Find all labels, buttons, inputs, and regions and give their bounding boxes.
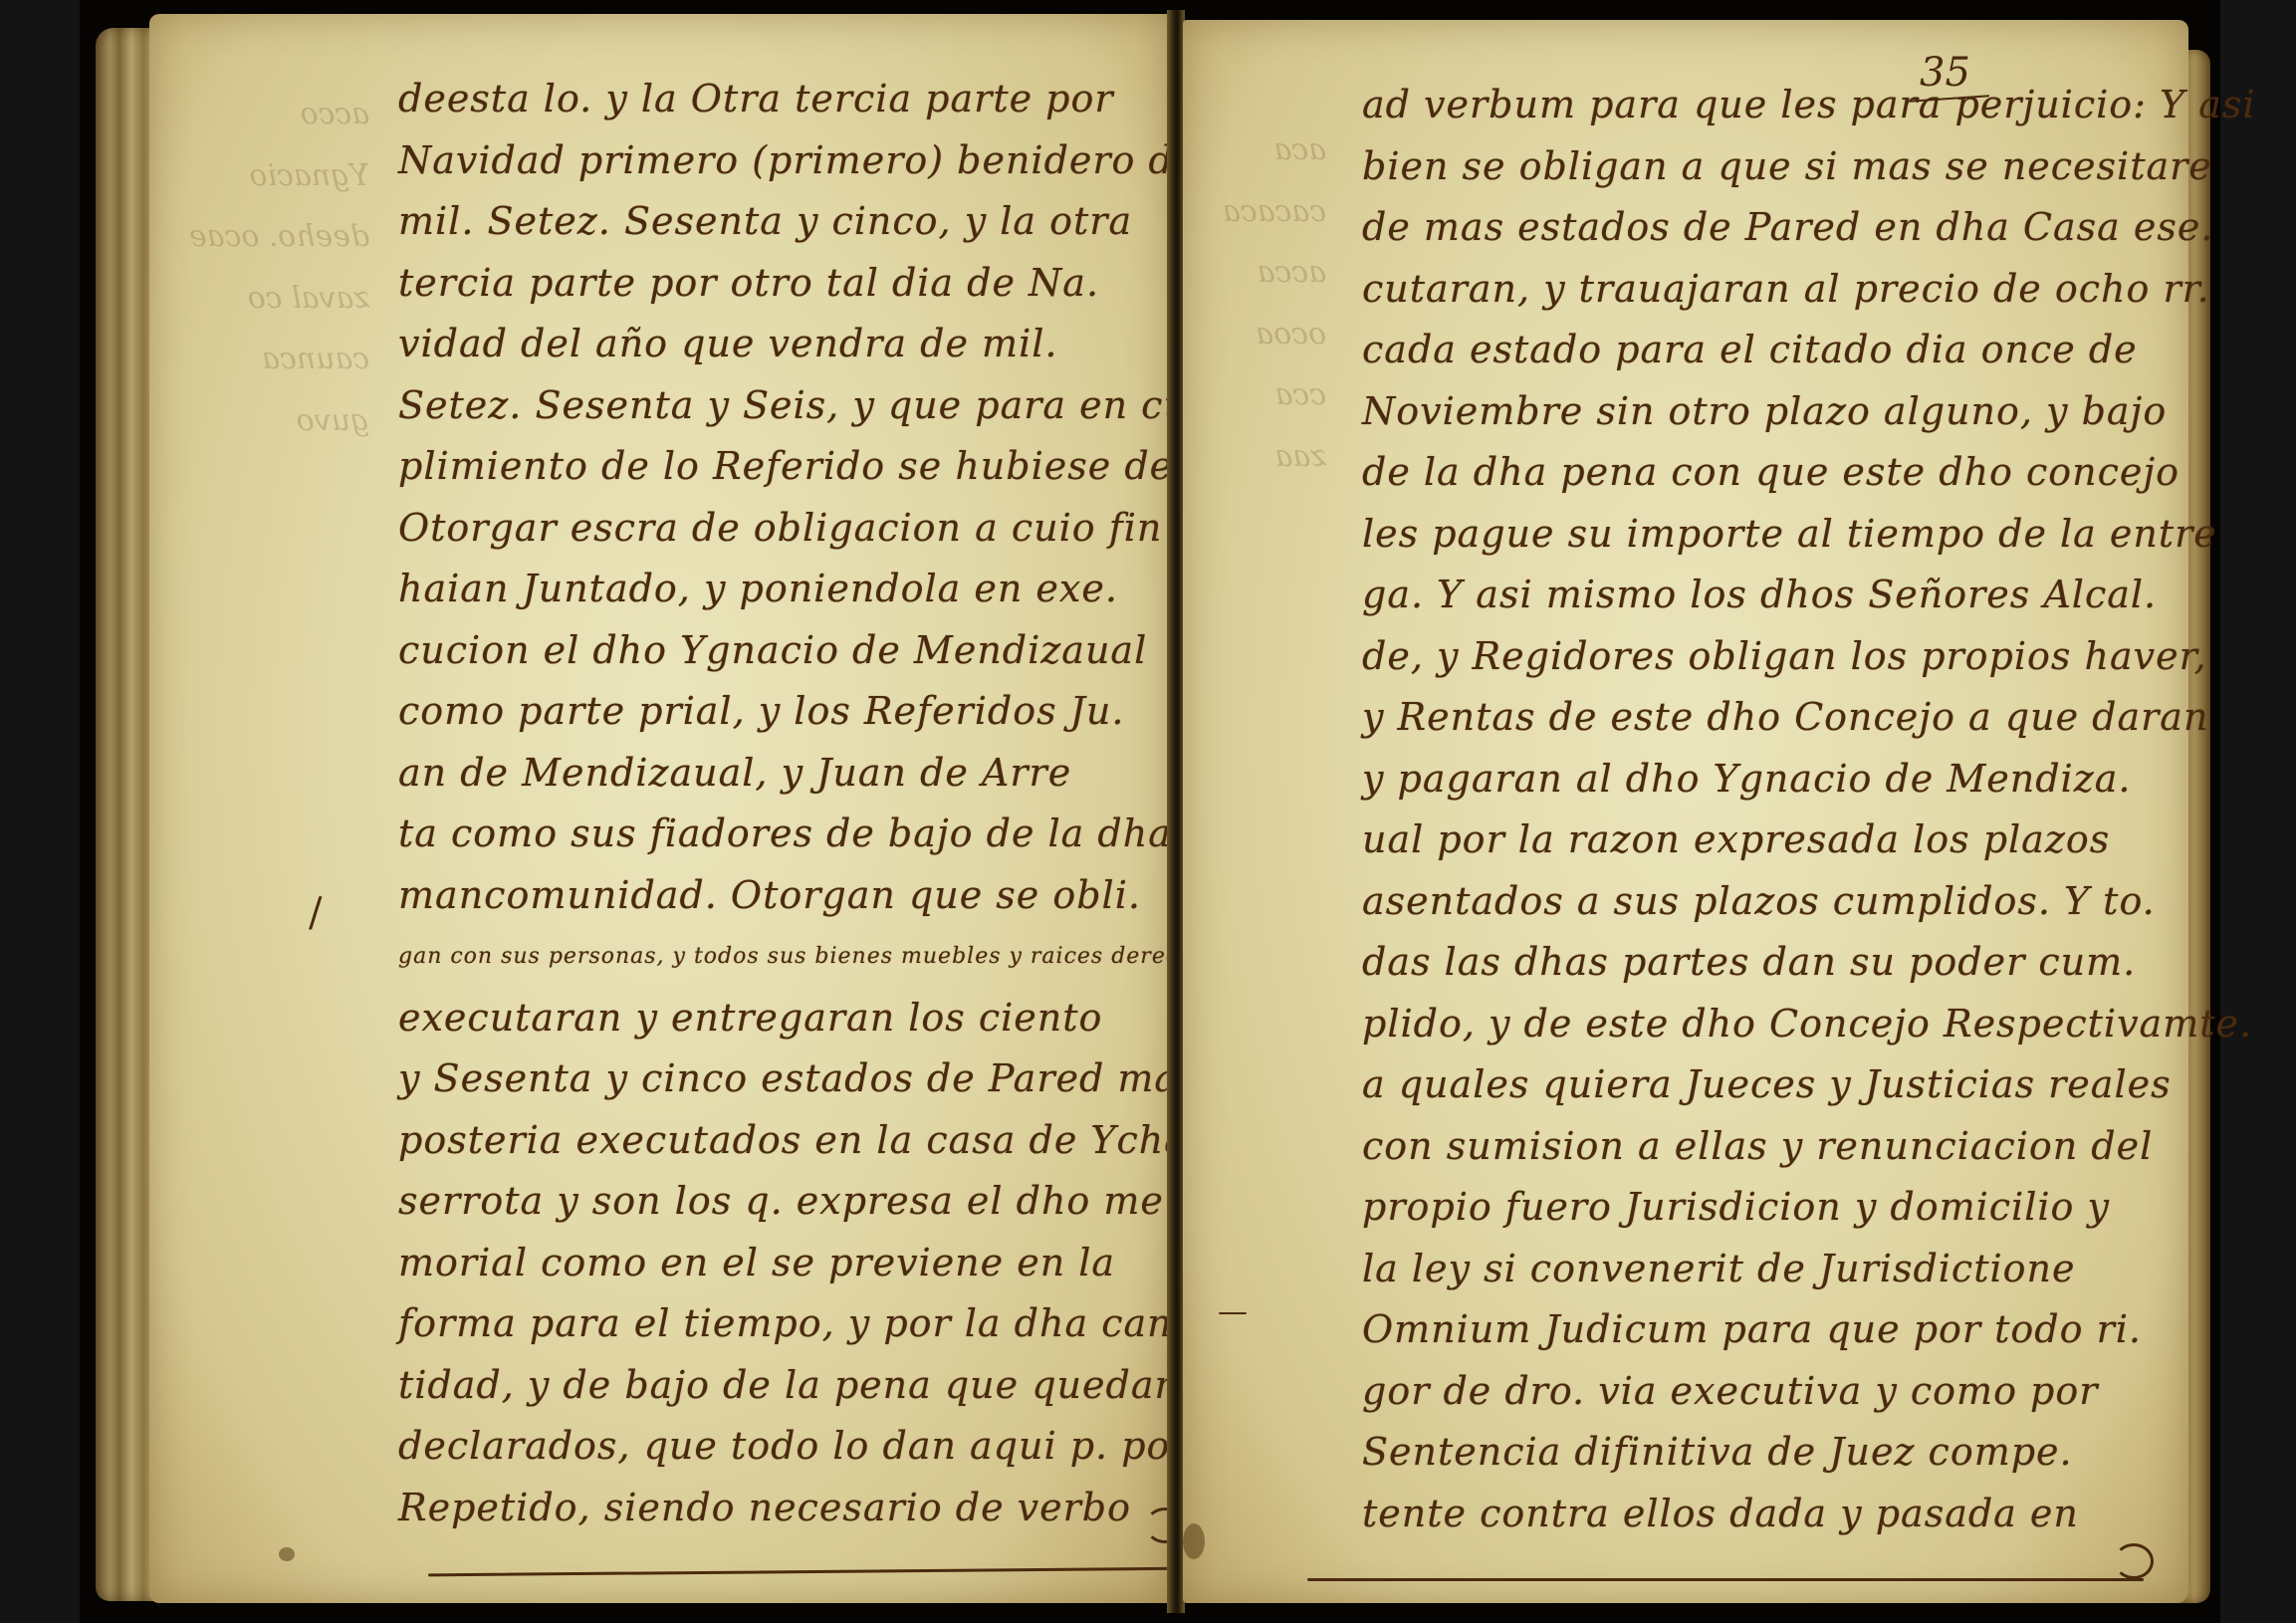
bleed-line: cca (1223, 364, 1326, 426)
manuscript-line: de la dha pena con que este dho concejo (1362, 442, 2149, 504)
bleed-line: guvo (189, 390, 369, 452)
manuscript-line: tente contra ellos dada y pasada en (1362, 1484, 2149, 1545)
manuscript-line: mancomunidad. Otorgan que se obli. (398, 865, 1155, 927)
manuscript-line: haian Juntado, y poniendola en exe. (398, 559, 1155, 620)
bleed-line: aca (1223, 119, 1326, 181)
manuscript-line: posteria executados en la casa de Ycha (398, 1110, 1155, 1172)
manuscript-line: y pagaran al dho Ygnacio de Mendiza. (1362, 749, 2149, 811)
manuscript-line: vidad del año que vendra de mil. (398, 314, 1155, 375)
left-page: acco Ygnacio deeho. ocae zaval co caunca… (149, 14, 1170, 1603)
manuscript-line: la ley si convenerit de Jurisdictione (1362, 1239, 2149, 1300)
manuscript-line: asentados a sus plazos cumplidos. Y to. (1362, 871, 2149, 933)
manuscript-line: forma para el tiempo, y por la dha can (398, 1293, 1155, 1355)
manuscript-line: Noviembre sin otro plazo alguno, y bajo (1362, 381, 2149, 443)
ink-blot (1183, 1523, 1205, 1559)
manuscript-line: les pague su importe al tiempo de la ent… (1362, 504, 2149, 566)
manuscript-line: serrota y son los q. expresa el dho me. (398, 1171, 1155, 1233)
manuscript-line: a quales quiera Jueces y Justicias reale… (1362, 1054, 2149, 1116)
manuscript-line: Otorgar escra de obligacion a cuio fin s… (398, 498, 1155, 560)
closing-flourish (2114, 1543, 2154, 1579)
right-page: aca cacaca acca ocoa cca zaa 35 — ad ver… (1183, 20, 2188, 1603)
bleed-line: acca (1223, 242, 1326, 304)
manuscript-line: morial como en el se previene en la (398, 1233, 1155, 1294)
manuscript-line: como parte prial, y los Referidos Ju. (398, 681, 1155, 743)
manuscript-line: das las dhas partes dan su poder cum. (1362, 932, 2149, 994)
manuscript-line: Repetido, siendo necesario de verbo (398, 1478, 1155, 1539)
left-page-text: deesta lo. y la Otra tercia parte por Na… (398, 69, 1155, 1538)
manuscript-line: Setez. Sesenta y Seis, y que para en cum (398, 375, 1155, 437)
manuscript-line: executaran y entregaran los ciento (398, 988, 1155, 1049)
manuscript-line: deesta lo. y la Otra tercia parte por (398, 69, 1155, 130)
ink-stain (279, 1547, 295, 1561)
manuscript-line: de, y Regidores obligan los propios have… (1362, 626, 2149, 688)
manuscript-line: ta como sus fiadores de bajo de la dha (398, 804, 1155, 865)
manuscript-line: plimiento de lo Referido se hubiese de (398, 436, 1155, 498)
manuscript-line: gan con sus personas, y todos sus bienes… (398, 926, 1155, 988)
manuscript-line: ad verbum para que les para perjuicio: Y… (1362, 75, 2149, 136)
manuscript-line: an de Mendizaual, y Juan de Arre (398, 743, 1155, 805)
manuscript-line: Navidad primero (primero) benidero de (398, 130, 1155, 192)
manuscript-line: gor de dro. via executiva y como por (1362, 1361, 2149, 1423)
manuscript-line: propio fuero Jurisdicion y domicilio y (1362, 1177, 2149, 1239)
bleed-line: zaval co (189, 268, 369, 330)
manuscript-line: y Rentas de este dho Concejo a que daran (1362, 687, 2149, 749)
manuscript-line: bien se obligan a que si mas se necesita… (1362, 136, 2149, 198)
closing-rule (1307, 1578, 2144, 1581)
bleed-line: Ygnacio (189, 145, 369, 207)
bleed-line: ocoa (1223, 304, 1326, 365)
manuscript-line: tercia parte por otro tal dia de Na. (398, 253, 1155, 315)
margin-dash-mark: — (1218, 1294, 1248, 1329)
manuscript-line: ual por la razon expresada los plazos (1362, 810, 2149, 871)
manuscript-line: mil. Setez. Sesenta y cinco, y la otra (398, 191, 1155, 253)
bleed-line: acco (189, 84, 369, 145)
manuscript-scan: acco Ygnacio deeho. ocae zaval co caunca… (0, 0, 2296, 1623)
manuscript-line: Omnium Judicum para que por todo ri. (1362, 1299, 2149, 1361)
manuscript-line: cutaran, y trauajaran al precio de ocho … (1362, 259, 2149, 321)
manuscript-line: Sentencia difinitiva de Juez compe. (1362, 1422, 2149, 1484)
manuscript-line: tidad, y de bajo de la pena que quedan (398, 1355, 1155, 1417)
bleed-line: cacaca (1223, 181, 1326, 243)
bleed-line: deeho. ocae (189, 206, 369, 268)
bleed-line: caunca (189, 329, 369, 390)
manuscript-line: de mas estados de Pared en dha Casa ese. (1362, 197, 2149, 259)
bleed-line: zaa (1223, 426, 1326, 488)
right-page-text: ad verbum para que les para perjuicio: Y… (1362, 75, 2149, 1544)
bleed-through-text-right: aca cacaca acca ocoa cca zaa (1223, 119, 1326, 487)
manuscript-line: con sumision a ellas y renunciacion del (1362, 1116, 2149, 1178)
manuscript-line: y Sesenta y cinco estados de Pared mam. (398, 1048, 1155, 1110)
manuscript-line: declarados, que todo lo dan aqui p. por (398, 1416, 1155, 1478)
bleed-through-text-left: acco Ygnacio deeho. ocae zaval co caunca… (189, 84, 369, 451)
margin-bracket-mark: / (309, 890, 322, 936)
closing-rule (428, 1567, 1195, 1577)
manuscript-line: cucion el dho Ygnacio de Mendizaual (398, 620, 1155, 682)
manuscript-line: ga. Y asi mismo los dhos Señores Alcal. (1362, 565, 2149, 626)
manuscript-line: cada estado para el citado dia once de (1362, 320, 2149, 381)
manuscript-line: plido, y de este dho Concejo Respectivam… (1362, 994, 2149, 1055)
